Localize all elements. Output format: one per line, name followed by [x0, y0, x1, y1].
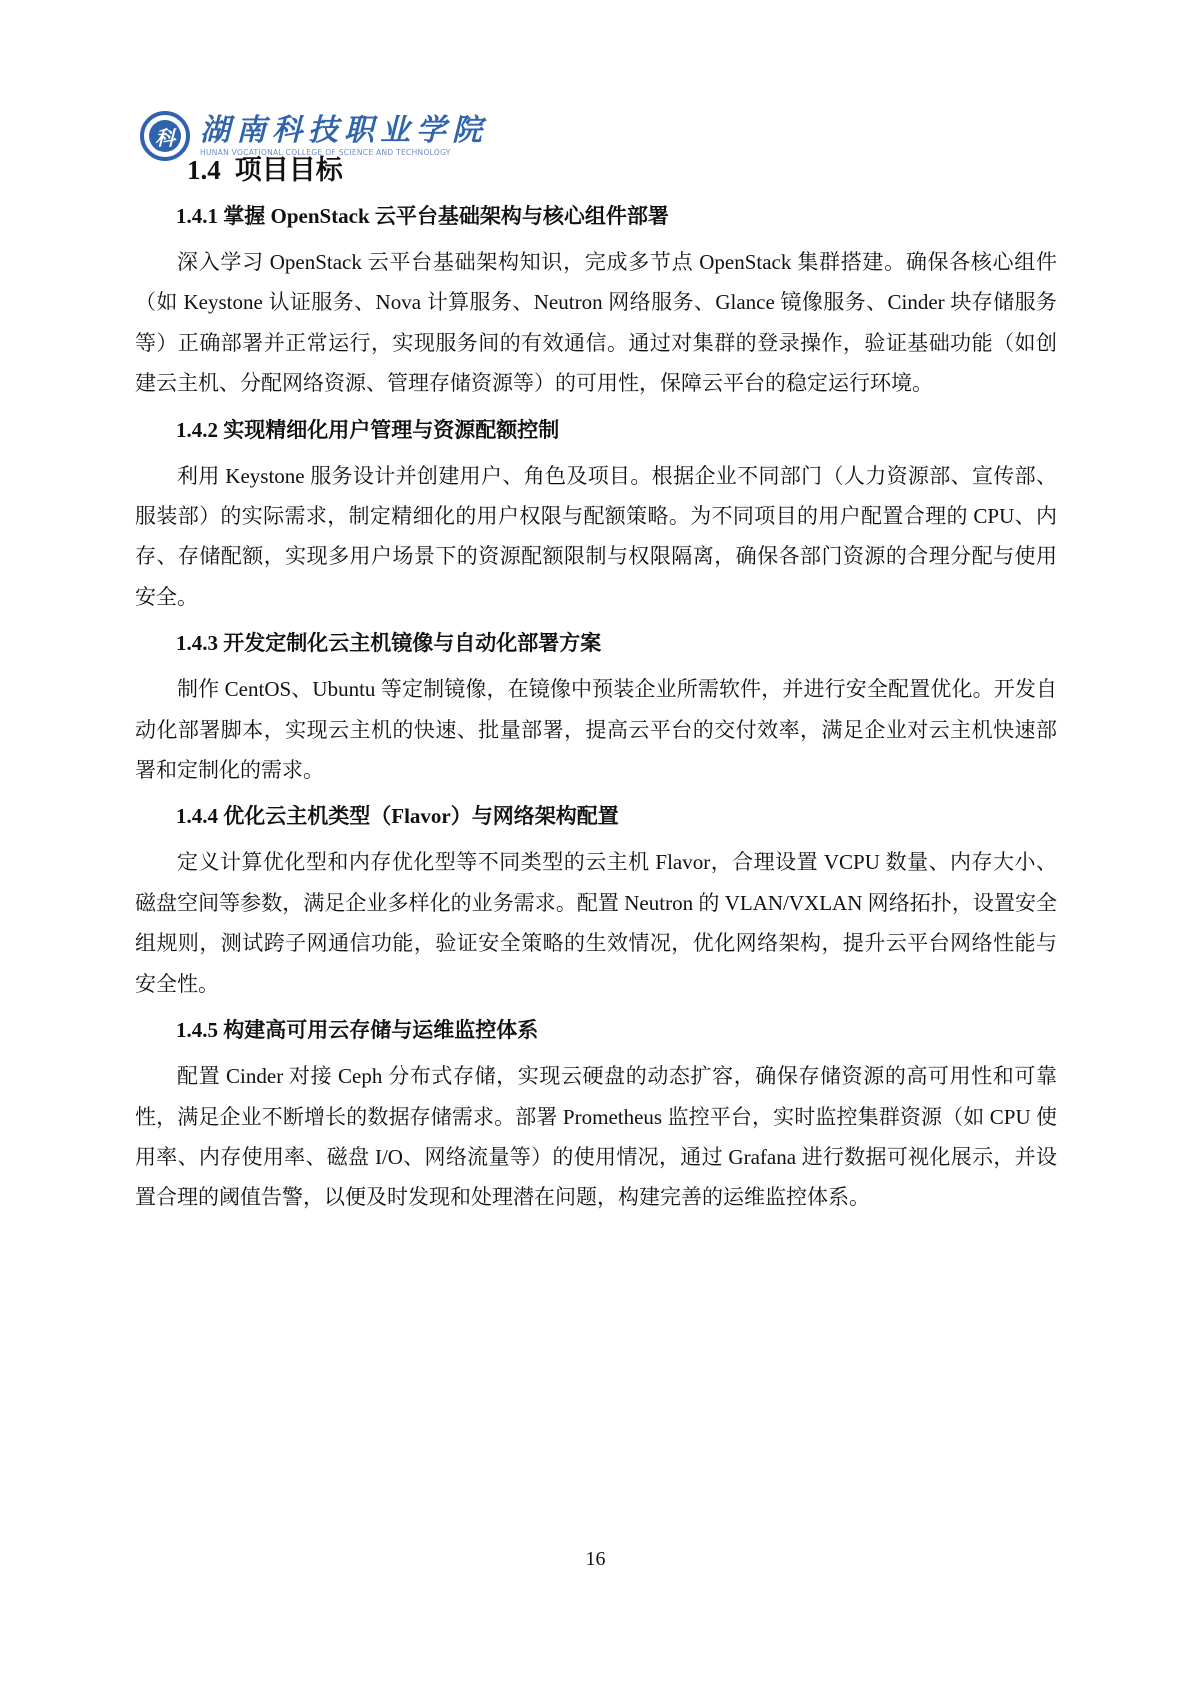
subsection-heading: 1.4.2 实现精细化用户管理与资源配额控制 — [135, 416, 1057, 444]
subsection-heading: 1.4.4 优化云主机类型（Flavor）与网络架构配置 — [135, 802, 1057, 830]
college-name-cn: 湖南科技职业学院 — [200, 114, 488, 148]
emblem-glyph: 科 — [155, 122, 175, 151]
section-number: 1.4 — [187, 155, 221, 185]
subsection-paragraph: 利用 Keystone 服务设计并创建用户、角色及项目。根据企业不同部门（人力资… — [135, 456, 1057, 618]
document-body: 1.4项目目标 1.4.1 掌握 OpenStack 云平台基础架构与核心组件部… — [135, 152, 1057, 1218]
subsection-paragraph: 定义计算优化型和内存优化型等不同类型的云主机 Flavor，合理设置 VCPU … — [135, 842, 1057, 1004]
section-title-text: 项目目标 — [235, 155, 343, 185]
subsection-paragraph: 深入学习 OpenStack 云平台基础架构知识，完成多节点 OpenStack… — [135, 242, 1057, 404]
subsection-heading: 1.4.5 构建高可用云存储与运维监控体系 — [135, 1016, 1057, 1044]
subsection-paragraph: 制作 CentOS、Ubuntu 等定制镜像，在镜像中预装企业所需软件，并进行安… — [135, 669, 1057, 790]
subsection-heading: 1.4.3 开发定制化云主机镜像与自动化部署方案 — [135, 629, 1057, 657]
page-number: 16 — [0, 1548, 1191, 1571]
subsection-heading: 1.4.1 掌握 OpenStack 云平台基础架构与核心组件部署 — [135, 202, 1057, 230]
section-title: 1.4项目目标 — [187, 152, 1057, 188]
subsection-paragraph: 配置 Cinder 对接 Ceph 分布式存储，实现云硬盘的动态扩容，确保存储资… — [135, 1056, 1057, 1218]
